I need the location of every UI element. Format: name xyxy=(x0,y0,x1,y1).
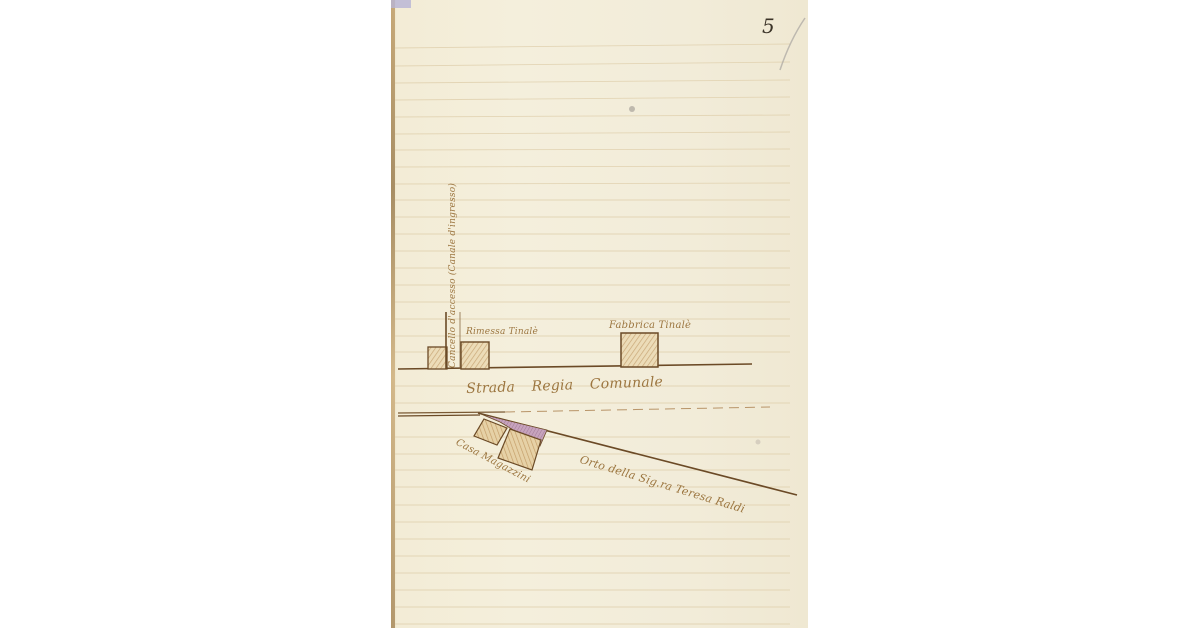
rimessa-label: Rimessa Tinalè xyxy=(466,327,538,337)
building-rimessa xyxy=(461,342,489,369)
page-number: 5 xyxy=(762,14,775,38)
building-fabbrica xyxy=(621,333,658,367)
ink-spot xyxy=(629,106,635,112)
plan-drawing xyxy=(0,0,1200,628)
road-edge-solid xyxy=(398,412,505,413)
scanned-page-view: 5 Cancello d'accesso (Canale d'ingresso)… xyxy=(0,0,1200,628)
vertical-gate-label: Cancello d'accesso (Canale d'ingresso) xyxy=(448,183,458,368)
road-edge-dashed xyxy=(505,407,770,412)
fabbrica-label: Fabbrica Tinalè xyxy=(609,320,691,331)
building-small-left xyxy=(428,347,447,369)
